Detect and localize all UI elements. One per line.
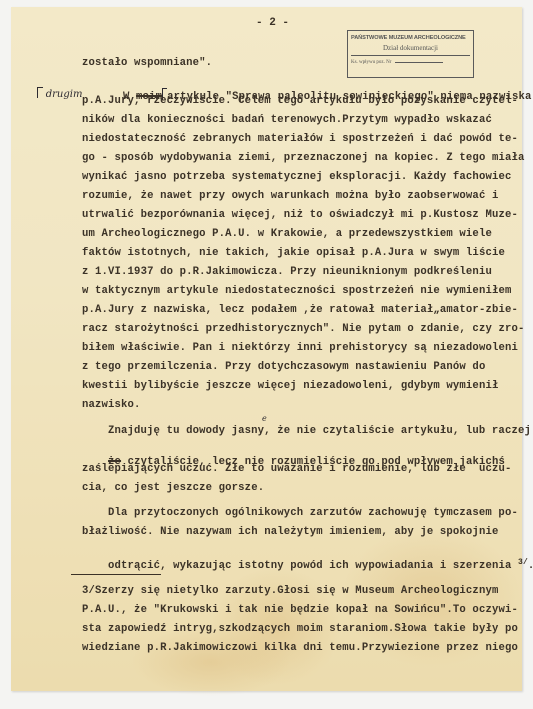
text-line: racz starożytności przedhistorycznych". … [82,323,525,335]
stamp-divider [351,55,470,56]
page-number: - 2 - [256,17,289,29]
text-line: faktów istotnych, nie takich, jakie opis… [82,247,505,259]
text-line: wynikać jasno potrzeba systematycznej ek… [82,171,511,183]
footnote-line: wiedziane p.R.Jakimowiczowi kilka dni te… [82,642,518,654]
footnote-line: sta zapowiedź intryg,szkodzących moim st… [82,623,518,635]
footnote-line: 3/Szerzy się nietylko zarzuty.Głosi się … [82,585,498,597]
text-line: cia, co jest jeszcze gorsze. [82,482,264,494]
text-line: zaślepiających uczuć. Złe to uważanie i … [82,463,511,475]
footnote-reference: 3/ [518,558,528,567]
margin-annotation-text: drugim [46,89,83,100]
archive-stamp: PAŃSTWOWE MUZEUM ARCHEOLOGICZNE Dział do… [347,30,474,78]
footnote-divider [71,574,161,575]
text-line: kwestii bylibyście jeszcze więcej niezad… [82,380,498,392]
text-line: ników dla konieczności badań terenowych.… [82,114,492,126]
stamp-title: PAŃSTWOWE MUZEUM ARCHEOLOGICZNE [351,35,473,41]
margin-annotation: drugim [24,76,82,111]
stamp-entry-blank [395,62,443,63]
text-line: go - sposób wydobywania ziemi, przeznacz… [82,152,525,164]
text-line: p.A.Jury, rzeczywiście. Celem tego artyk… [82,95,518,107]
footnote-line: P.A.U., że "Krukowski i tak nie będzie k… [82,604,518,616]
text-line: Znajduję tu dowody jasny, że nie czytali… [108,425,531,437]
page-content: - 2 - PAŃSTWOWE MUZEUM ARCHEOLOGICZNE Dz… [0,0,533,709]
text-line: zostało wspomniane". [82,57,212,69]
text-line: p.A.Jury z nazwiska, lecz podałem ,że ra… [82,304,518,316]
handwritten-correction: e [262,414,267,423]
text-line: utrwalić bezporównania więcej, niż to oś… [82,209,518,221]
insertion-bracket-icon [37,87,43,98]
sentence-end: . [528,560,533,572]
text-line: w taktycznym artykule niedostateczności … [82,285,511,297]
text-line: Dla przytoczonych ogólnikowych zarzutów … [108,507,518,519]
text-line: um Archeologicznego P.A.U. w Krakowie, a… [82,228,492,240]
line-part: odtrącić, wykazując istotny powód ich wy… [108,560,511,572]
text-line: niedostateczność zebranych materiałów i … [82,133,518,145]
text-line: biłem właściwie. Pan i niektórzy inni pr… [82,342,518,354]
text-line: nazwisko. [82,399,141,411]
text-line: rozumie, że nawet przy owych warunkach m… [82,190,498,202]
stamp-department: Dział dokumentacji [348,44,473,52]
text-line: z tego przemilczenia. Przy dotychczasowy… [82,361,485,373]
text-line: odtrącić, wykazując istotny powód ich wy… [82,545,533,584]
stamp-entry: Ks. wpływu poz. Nr [351,60,473,65]
stamp-entry-label: Ks. wpływu poz. Nr [351,60,391,65]
text-line: z 1.VI.1937 do p.R.Jakimowicza. Przy nie… [82,266,492,278]
text-line: błażliwość. Nie nazywam ich należytym im… [82,526,498,538]
